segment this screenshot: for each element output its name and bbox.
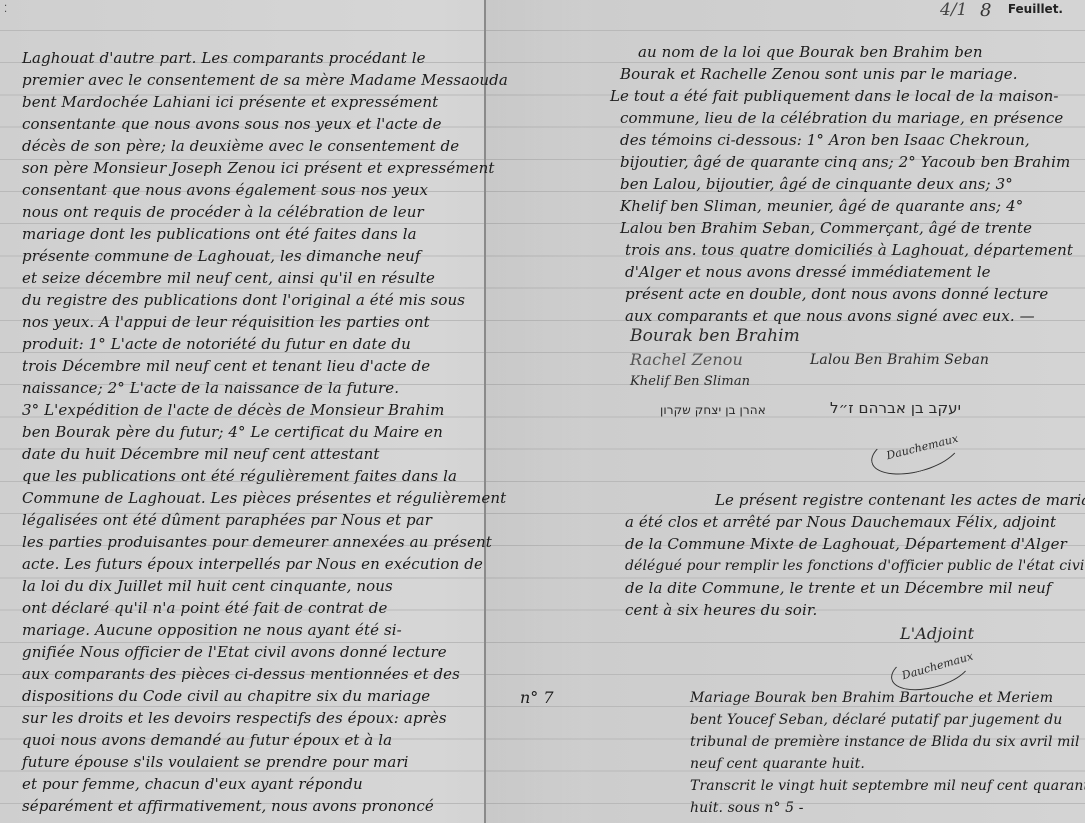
text-line: produit: 1° L'acte de notoriété du futur… xyxy=(22,334,482,354)
text-line: délégué pour remplir les fonctions d'off… xyxy=(625,556,1085,576)
text-line: légalisées ont été dûment paraphées par … xyxy=(22,510,482,530)
register-scan: ⁚ 4/1 8 Feuillet. Laghouat d'autre part.… xyxy=(0,0,1085,823)
text-line: cent à six heures du soir. xyxy=(625,600,1085,620)
text-line: gnifiée Nous officier de l'Etat civil av… xyxy=(22,642,482,662)
text-line: de la Commune Mixte de Laghouat, Départe… xyxy=(625,534,1085,554)
text-line: décès de son père; la deuxième avec le c… xyxy=(22,136,482,156)
signature-title: L'Adjoint xyxy=(900,624,1050,644)
annotation-line: tribunal de première instance de Blida d… xyxy=(690,732,1085,752)
text-line: bijoutier, âgé de quarante cinq ans; 2° … xyxy=(620,152,1085,172)
text-line: consentante que nous avons sous nos yeux… xyxy=(22,114,482,134)
signature-witness-khelif: Khelif Ben Sliman xyxy=(630,372,1085,392)
text-line: aux comparants et que nous avons signé a… xyxy=(625,306,1085,326)
text-line: que les publications ont été régulièreme… xyxy=(22,466,482,486)
text-line: naissance; 2° L'acte de la naissance de … xyxy=(22,378,482,398)
text-line: Khelif ben Sliman, meunier, âgé de quara… xyxy=(620,196,1085,216)
text-line: et seize décembre mil neuf cent, ainsi q… xyxy=(22,268,482,288)
text-line: sur les droits et les devoirs respectifs… xyxy=(22,708,482,728)
signature-hebrew-2: אהרן בן יצחק שקרון xyxy=(660,400,810,420)
text-line: mariage. Aucune opposition ne nous ayant… xyxy=(22,620,482,640)
text-line: nos yeux. A l'appui de leur réquisition … xyxy=(22,312,482,332)
signature-flourish xyxy=(866,419,966,483)
feuillet-label: Feuillet. xyxy=(1008,2,1063,16)
text-line: future épouse s'ils voulaient se prendre… xyxy=(22,752,482,772)
text-line: commune, lieu de la célébration du maria… xyxy=(620,108,1085,128)
text-line: Lalou ben Brahim Seban, Commerçant, âgé … xyxy=(620,218,1085,238)
text-line: 3° L'expédition de l'acte de décès de Mo… xyxy=(22,400,482,420)
annotation-line: Transcrit le vingt huit septembre mil ne… xyxy=(690,776,1085,796)
text-line: dispositions du Code civil au chapitre s… xyxy=(22,686,482,706)
text-line: la loi du dix Juillet mil huit cent cinq… xyxy=(22,576,482,596)
folio-mark: 4/1 xyxy=(940,0,967,20)
text-line: mariage dont les publications ont été fa… xyxy=(22,224,482,244)
text-line: ben Bourak père du futur; 4° Le certific… xyxy=(22,422,482,442)
text-line: des témoins ci-dessous: 1° Aron ben Isaa… xyxy=(620,130,1085,150)
page-gutter xyxy=(484,0,486,823)
text-line: date du huit Décembre mil neuf cent atte… xyxy=(22,444,482,464)
signature-groom: Bourak ben Brahim xyxy=(630,326,1085,346)
signature-witness-lalou: Lalou Ben Brahim Seban xyxy=(810,350,1070,370)
text-line: consentant que nous avons également sous… xyxy=(22,180,482,200)
annotation-line: Mariage Bourak ben Brahim Bartouche et M… xyxy=(690,688,1085,708)
text-line: séparément et affirmativement, nous avon… xyxy=(22,796,482,816)
text-line: quoi nous avons demandé au futur époux e… xyxy=(22,730,482,750)
text-line: d'Alger et nous avons dressé immédiateme… xyxy=(625,262,1085,282)
text-line: Le tout a été fait publiquement dans le … xyxy=(610,86,1080,106)
text-line: ben Lalou, bijoutier, âgé de cinquante d… xyxy=(620,174,1085,194)
text-line: son père Monsieur Joseph Zenou ici prése… xyxy=(22,158,482,178)
text-line: présente commune de Laghouat, les dimanc… xyxy=(22,246,482,266)
annotation-line: neuf cent quarante huit. xyxy=(690,754,1085,774)
margin-act-number: n° 7 xyxy=(520,688,554,707)
signature-hebrew-1: יעקב בן אברהם ז״ל xyxy=(830,398,980,418)
page-number: 8 xyxy=(980,0,991,21)
text-line: nous ont requis de procéder à la célébra… xyxy=(22,202,482,222)
margin-marks: ⁚ xyxy=(4,4,7,15)
text-line: Commune de Laghouat. Les pièces présente… xyxy=(22,488,482,508)
annotation-line: bent Youcef Seban, déclaré putatif par j… xyxy=(690,710,1085,730)
text-line: au nom de la loi que Bourak ben Brahim b… xyxy=(638,42,1085,62)
text-line: et pour femme, chacun d'eux ayant répond… xyxy=(22,774,482,794)
text-line: du registre des publications dont l'orig… xyxy=(22,290,482,310)
text-line: trois Décembre mil neuf cent et tenant l… xyxy=(22,356,482,376)
text-line: trois ans. tous quatre domiciliés à Lagh… xyxy=(625,240,1085,260)
text-line: ont déclaré qu'il n'a point été fait de … xyxy=(22,598,482,618)
text-line: aux comparants des pièces ci-dessus ment… xyxy=(22,664,482,684)
text-line: bent Mardochée Lahiani ici présente et e… xyxy=(22,92,482,112)
text-line: acte. Les futurs époux interpellés par N… xyxy=(22,554,482,574)
text-line: Le présent registre contenant les actes … xyxy=(715,490,1085,510)
text-line: de la dite Commune, le trente et un Déce… xyxy=(625,578,1085,598)
text-line: premier avec le consentement de sa mère … xyxy=(22,70,482,90)
text-line: les parties produisantes pour demeurer a… xyxy=(22,532,482,552)
text-line: Bourak et Rachelle Zenou sont unis par l… xyxy=(620,64,1085,84)
text-line: a été clos et arrêté par Nous Dauchemaux… xyxy=(625,512,1085,532)
text-line: Laghouat d'autre part. Les comparants pr… xyxy=(22,48,482,68)
annotation-line: huit. sous n° 5 - xyxy=(690,798,1085,818)
text-line: présent acte en double, dont nous avons … xyxy=(625,284,1085,304)
